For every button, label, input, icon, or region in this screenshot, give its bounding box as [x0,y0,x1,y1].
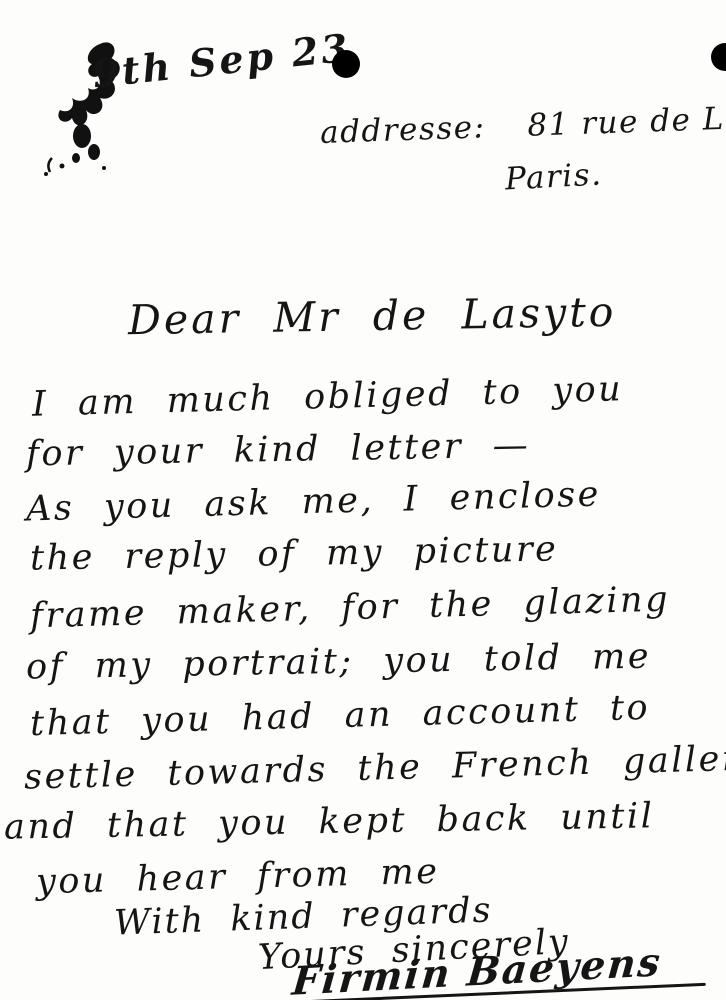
letter-line: that you had an account to [30,691,651,742]
letter-page: 9th Sep 23 addresse: 81 rue de Lille Par… [0,0,726,1000]
address-label: addresse: [320,112,486,149]
letter-line: and that you kept back until [4,799,655,845]
letter-date: 9th Sep 23 [91,29,353,94]
letter-line: of my portrait; you told me [26,640,652,686]
address-city: Paris. [504,159,603,195]
punch-hole-icon [332,50,360,78]
letter-line: frame maker, for the glazing [30,583,671,635]
letter-line: the reply of my picture [30,532,559,576]
letter-line: I am much obliged to you [32,372,624,422]
letter-line: for your kind letter — [26,429,531,473]
punch-hole-icon [711,43,726,71]
address-street: 81 rue de Lille [527,102,726,142]
address-block: addresse: 81 rue de Lille [320,102,726,149]
salutation: Dear Mr de Lasyto [128,292,617,342]
letter-line: As you ask me, I enclose [26,477,602,527]
letter-line: settle towards the French gallery [24,741,726,795]
